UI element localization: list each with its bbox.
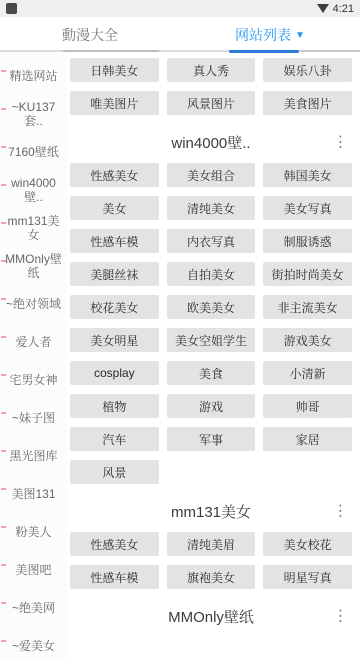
sidebar-item[interactable]: 美图131 [0, 475, 67, 513]
sidebar-item-label: win4000壁.. [3, 176, 64, 204]
tag-button[interactable]: 性感美女 [70, 163, 159, 187]
sidebar-item-label: MMOnly壁纸 [3, 252, 64, 280]
sidebar-item[interactable]: 粉美人 [0, 513, 67, 551]
tab-anime-collection[interactable]: 動漫大全 [0, 17, 180, 53]
sidebar-item[interactable]: MMOnly壁纸 [0, 247, 67, 285]
tag-button[interactable]: 美女空姐学生 [167, 328, 256, 352]
status-bar: 4:21 [0, 0, 360, 17]
content-area: 精选网站 ~KU137套.. 7160壁纸 win4000壁.. mm131美女 [0, 53, 360, 660]
tag-button[interactable]: cosplay [70, 361, 159, 385]
tag-button[interactable]: 美女校花 [263, 532, 352, 556]
tag-button[interactable]: 风景 [70, 460, 159, 484]
sidebar-item-label: ~绝美网 [12, 601, 55, 615]
section-top-tag-grid: 日韩美女 真人秀 娱乐八卦 唯美图片 风景图片 美食图片 [70, 53, 352, 115]
sidebar-item[interactable]: ~KU137套.. [0, 95, 67, 133]
tag-button[interactable]: 美女明星 [70, 328, 159, 352]
tag-button[interactable]: 校花美女 [70, 295, 159, 319]
sidebar-item[interactable]: ~爱美女 [0, 627, 67, 660]
section-win4000-tag-grid: 性感美女 美女组合 韩国美女 美女 清纯美女 美女写真 性感车模 内衣写真 制服… [70, 154, 352, 484]
tag-button[interactable]: 游戏 [167, 394, 256, 418]
tag-button[interactable]: 小清新 [263, 361, 352, 385]
sidebar-item-label: ~爱美女 [12, 639, 55, 653]
tab-scrollbar-thumb [63, 50, 159, 52]
tag-button[interactable]: 唯美图片 [70, 91, 159, 115]
sidebar-item[interactable]: win4000壁.. [0, 171, 67, 209]
tag-button[interactable]: 性感车模 [70, 229, 159, 253]
more-options-icon[interactable]: ⋮ [333, 609, 348, 624]
wifi-icon [317, 4, 329, 13]
sidebar-item-label: ~妹子图 [12, 411, 55, 425]
section-header-win4000: win4000壁.. ⋮ [70, 130, 352, 154]
app-screen: 4:21 動漫大全 网站列表 ▼ 精选网站 ~KU137套.. [0, 0, 360, 660]
active-tab-indicator [229, 50, 299, 53]
tag-button[interactable]: 美食 [167, 361, 256, 385]
tab-bar: 動漫大全 网站列表 ▼ [0, 17, 360, 53]
sidebar-item[interactable]: 美图吧 [0, 551, 67, 589]
section-title: MMOnly壁纸 [70, 606, 352, 627]
tag-button[interactable]: 制服诱惑 [263, 229, 352, 253]
tag-button[interactable]: 旗袍美女 [167, 565, 256, 589]
sidebar-item[interactable]: ~绝美网 [0, 589, 67, 627]
sidebar-item[interactable]: ~妹子图 [0, 399, 67, 437]
tag-button[interactable]: 游戏美女 [263, 328, 352, 352]
tag-button[interactable]: 美女 [70, 196, 159, 220]
sidebar-item-label: 粉美人 [15, 525, 51, 539]
tag-button[interactable]: 欧美美女 [167, 295, 256, 319]
tab-anime-label: 動漫大全 [62, 25, 118, 45]
tag-button[interactable]: 美腿丝袜 [70, 262, 159, 286]
section-mm131-tag-grid: 性感美女 清纯美眉 美女校花 性感车模 旗袍美女 明星写真 [70, 523, 352, 589]
tag-button[interactable]: 日韩美女 [70, 58, 159, 82]
sidebar-item[interactable]: 精选网站 [0, 57, 67, 95]
sidebar-item-label: ~绝对领域 [6, 297, 61, 311]
chevron-down-icon: ▼ [295, 30, 305, 41]
tag-button[interactable]: 明星写真 [263, 565, 352, 589]
tab-website-list[interactable]: 网站列表 ▼ [180, 17, 360, 53]
sidebar-item-label: mm131美女 [3, 214, 64, 242]
tag-button[interactable]: 美食图片 [263, 91, 352, 115]
sidebar-item-label: 美图吧 [15, 563, 51, 577]
status-bar-right: 4:21 [317, 3, 354, 15]
tag-button[interactable]: 性感美女 [70, 532, 159, 556]
sidebar-item-label: 黑光图库 [9, 449, 57, 463]
sidebar-item[interactable]: ~绝对领域 [0, 285, 67, 323]
tag-button[interactable]: 清纯美女 [167, 196, 256, 220]
tag-button[interactable]: 家居 [263, 427, 352, 451]
sidebar-item-label: 美图131 [11, 487, 55, 501]
tag-button[interactable]: 风景图片 [167, 91, 256, 115]
sidebar-item[interactable]: mm131美女 [0, 209, 67, 247]
tag-button[interactable]: 性感车模 [70, 565, 159, 589]
sidebar-item[interactable]: 黑光图库 [0, 437, 67, 475]
tag-button[interactable]: 真人秀 [167, 58, 256, 82]
section-title: mm131美女 [70, 501, 352, 522]
tab-divider-segment [300, 50, 360, 52]
sidebar-item[interactable]: 宅男女神 [0, 361, 67, 399]
tag-button[interactable]: 清纯美眉 [167, 532, 256, 556]
tag-button[interactable]: 娱乐八卦 [263, 58, 352, 82]
tag-button[interactable]: 汽车 [70, 427, 159, 451]
sidebar-item-label: ~KU137套.. [3, 100, 64, 128]
tag-button[interactable]: 帅哥 [263, 394, 352, 418]
main-panel: 日韩美女 真人秀 娱乐八卦 唯美图片 风景图片 美食图片 win4000壁.. … [67, 53, 360, 660]
tag-button[interactable]: 美女写真 [263, 196, 352, 220]
tab-website-list-label: 网站列表 [235, 25, 291, 45]
section-header-mm131: mm131美女 ⋮ [70, 499, 352, 523]
tag-button[interactable]: 自拍美女 [167, 262, 256, 286]
sidebar-item-label: 爱人者 [15, 335, 51, 349]
tag-button[interactable]: 美女组合 [167, 163, 256, 187]
tag-button[interactable]: 非主流美女 [263, 295, 352, 319]
tag-button[interactable]: 军事 [167, 427, 256, 451]
tag-button[interactable]: 街拍时尚美女 [263, 262, 352, 286]
more-options-icon[interactable]: ⋮ [333, 135, 348, 150]
section-header-mmonly: MMOnly壁纸 ⋮ [70, 604, 352, 628]
tag-button[interactable]: 韩国美女 [263, 163, 352, 187]
tag-button[interactable]: 植物 [70, 394, 159, 418]
sidebar-item[interactable]: 爱人者 [0, 323, 67, 361]
sidebar-item-label: 精选网站 [9, 69, 57, 83]
sidebar-category-list: 精选网站 ~KU137套.. 7160壁纸 win4000壁.. mm131美女 [0, 53, 67, 660]
tag-button[interactable]: 内衣写真 [167, 229, 256, 253]
section-title: win4000壁.. [70, 132, 352, 153]
notification-app-icon [6, 3, 17, 14]
more-options-icon[interactable]: ⋮ [333, 504, 348, 519]
status-time: 4:21 [333, 3, 354, 15]
sidebar-item-label: 宅男女神 [9, 373, 57, 387]
sidebar-item-label: 7160壁纸 [8, 145, 59, 159]
sidebar-item[interactable]: 7160壁纸 [0, 133, 67, 171]
